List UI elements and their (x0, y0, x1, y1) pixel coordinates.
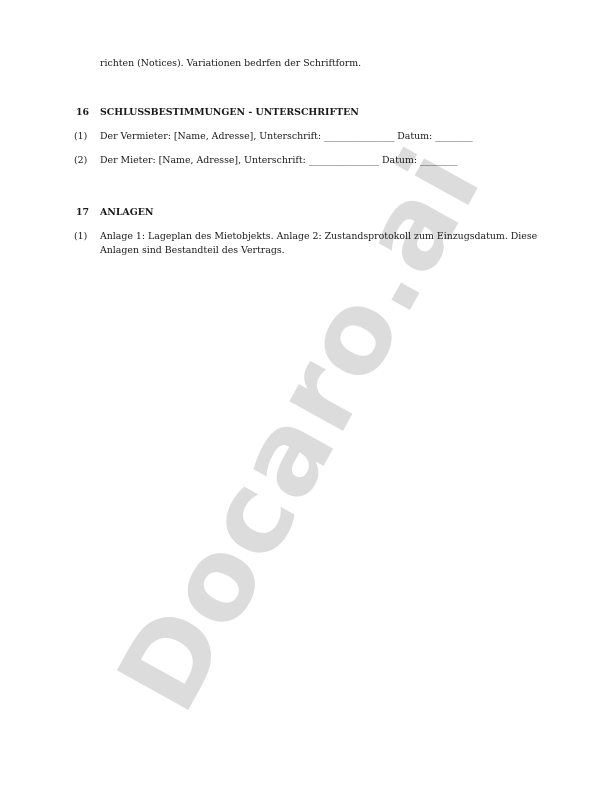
clause-text: Anlage 1: Lageplan des Mietobjekts. Anla… (100, 230, 540, 258)
clause-label: (1) (74, 231, 87, 242)
clause-text: Der Mieter: [Name, Adresse], Unterschrif… (100, 154, 540, 168)
continuation-text: richten (Notices). Variationen bedrfen d… (100, 57, 540, 71)
clause-text: Der Vermieter: [Name, Adresse], Untersch… (100, 130, 540, 144)
document-content: richten (Notices). Variationen bedrfen d… (0, 0, 612, 792)
section-title: SCHLUSSBESTIMMUNGEN - UNTERSCHRIFTEN (100, 106, 540, 120)
clause-label: (2) (74, 155, 87, 166)
clause-label: (1) (74, 131, 87, 142)
document-page: Docaro.ai richten (Notices). Variationen… (0, 0, 612, 792)
section-number: 17 (76, 207, 89, 218)
section-number: 16 (76, 107, 89, 118)
section-title: ANLAGEN (100, 206, 540, 220)
